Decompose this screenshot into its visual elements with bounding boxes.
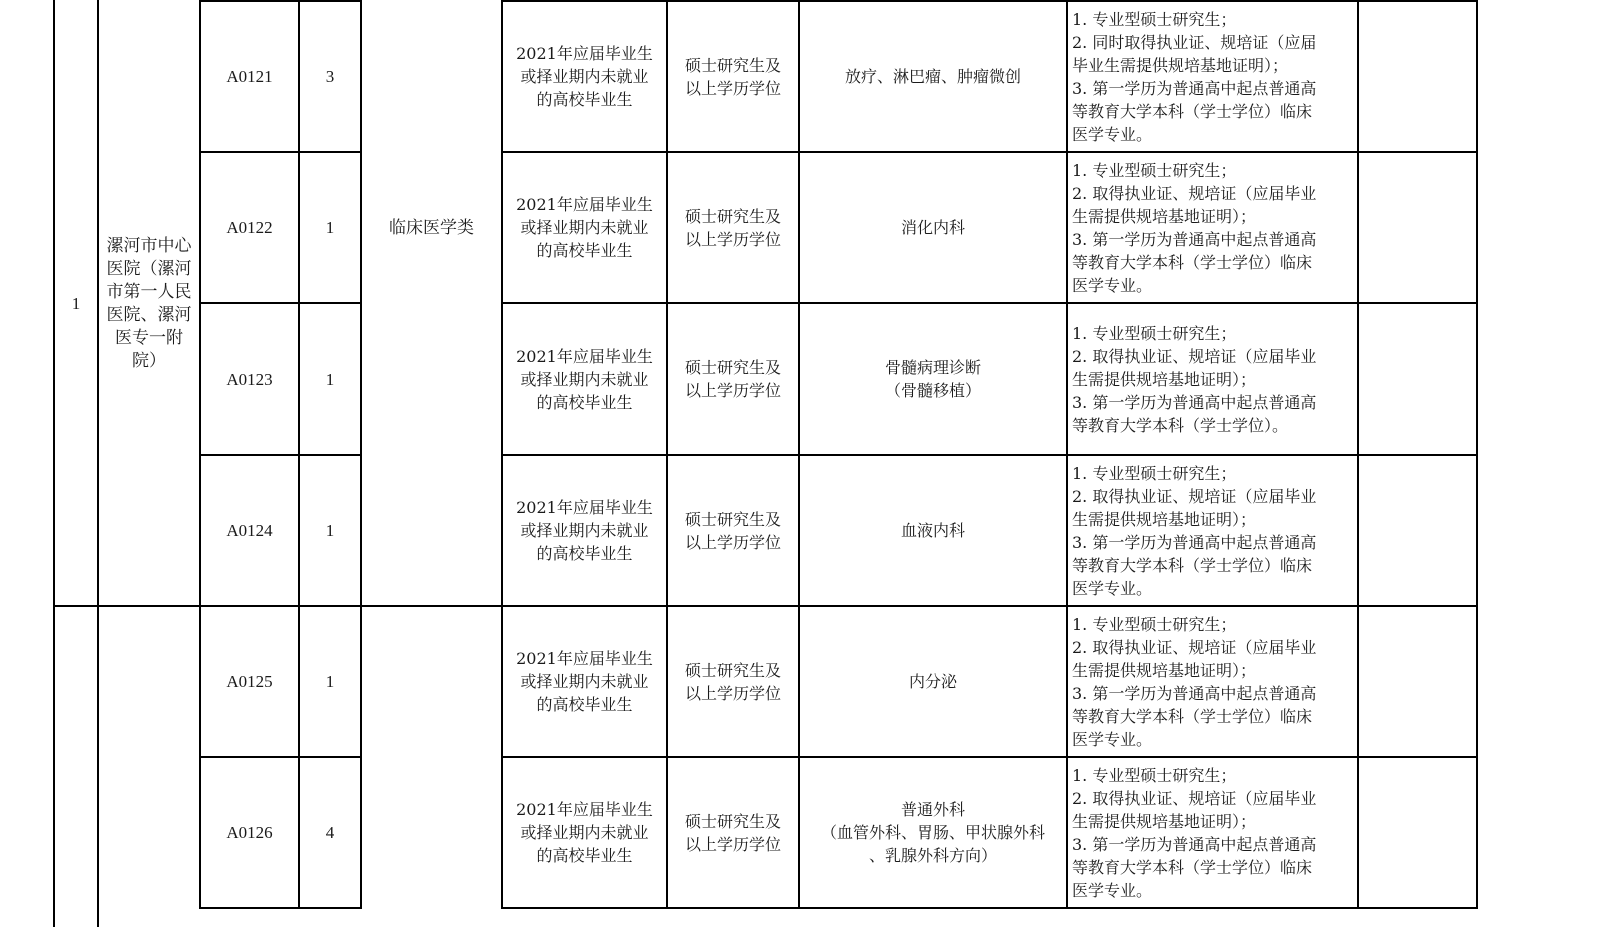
- remarks: [1359, 153, 1476, 302]
- major-category-cell: 临床医学类: [362, 2, 501, 455]
- unit-name: 漯河市中心 医院（漯河 市第一人民 医院、漯河 医专一附 院）: [107, 235, 192, 373]
- grid-line: [199, 907, 362, 909]
- target-candidates: 2021年应届毕业生 或择业期内未就业 的高校毕业生: [503, 2, 666, 151]
- remarks: [1359, 304, 1476, 454]
- remarks: [1359, 2, 1476, 151]
- specialty: 普通外科 （血管外科、胃肠、甲状腺外科 、乳腺外科方向）: [800, 758, 1066, 907]
- position-code: A0121: [201, 2, 298, 151]
- specialty: 血液内科: [800, 456, 1066, 605]
- target-candidates: 2021年应届毕业生 或择业期内未就业 的高校毕业生: [503, 304, 666, 454]
- other-requirements: 1. 专业型硕士研究生； 2. 取得执业证、规培证（应届毕业 生需提供规培基地证…: [1068, 153, 1357, 302]
- specialty: 消化内科: [800, 153, 1066, 302]
- position-code: A0125: [201, 607, 298, 756]
- target-candidates: 2021年应届毕业生 或择业期内未就业 的高校毕业生: [503, 758, 666, 907]
- specialty: 内分泌: [800, 607, 1066, 756]
- target-candidates: 2021年应届毕业生 或择业期内未就业 的高校毕业生: [503, 153, 666, 302]
- position-code: A0126: [201, 758, 298, 907]
- education-requirement: 硕士研究生及 以上学历学位: [668, 758, 798, 907]
- group-index-cell: 1: [55, 2, 97, 605]
- hire-count: 1: [300, 456, 360, 605]
- other-requirements: 1. 专业型硕士研究生； 2. 取得执业证、规培证（应届毕业 生需提供规培基地证…: [1068, 607, 1357, 756]
- position-code: A0124: [201, 456, 298, 605]
- education-requirement: 硕士研究生及 以上学历学位: [668, 607, 798, 756]
- remarks: [1359, 456, 1476, 605]
- hire-count: 1: [300, 153, 360, 302]
- other-requirements: 1. 专业型硕士研究生； 2. 取得执业证、规培证（应届毕业 生需提供规培基地证…: [1068, 758, 1357, 907]
- target-candidates: 2021年应届毕业生 或择业期内未就业 的高校毕业生: [503, 607, 666, 756]
- hire-count: 4: [300, 758, 360, 907]
- hire-count: 1: [300, 304, 360, 454]
- grid-line: [501, 907, 1478, 909]
- other-requirements: 1. 专业型硕士研究生； 2. 同时取得执业证、规培证（应届 毕业生需提供规培基…: [1068, 2, 1357, 151]
- education-requirement: 硕士研究生及 以上学历学位: [668, 2, 798, 151]
- hire-count: 1: [300, 607, 360, 756]
- hire-count: 3: [300, 2, 360, 151]
- target-candidates: 2021年应届毕业生 或择业期内未就业 的高校毕业生: [503, 456, 666, 605]
- major-category: 临床医学类: [389, 217, 474, 240]
- position-code: A0122: [201, 153, 298, 302]
- other-requirements: 1. 专业型硕士研究生； 2. 取得执业证、规培证（应届毕业 生需提供规培基地证…: [1068, 456, 1357, 605]
- education-requirement: 硕士研究生及 以上学历学位: [668, 153, 798, 302]
- remarks: [1359, 758, 1476, 907]
- unit-name-cell: 漯河市中心 医院（漯河 市第一人民 医院、漯河 医专一附 院）: [99, 2, 199, 605]
- specialty: 放疗、淋巴瘤、肿瘤微创: [800, 2, 1066, 151]
- position-code: A0123: [201, 304, 298, 454]
- education-requirement: 硕士研究生及 以上学历学位: [668, 304, 798, 454]
- remarks: [1359, 607, 1476, 756]
- other-requirements: 1. 专业型硕士研究生； 2. 取得执业证、规培证（应届毕业 生需提供规培基地证…: [1068, 304, 1357, 454]
- education-requirement: 硕士研究生及 以上学历学位: [668, 456, 798, 605]
- specialty: 骨髓病理诊断 （骨髓移植）: [800, 304, 1066, 454]
- group-index: 1: [72, 292, 81, 315]
